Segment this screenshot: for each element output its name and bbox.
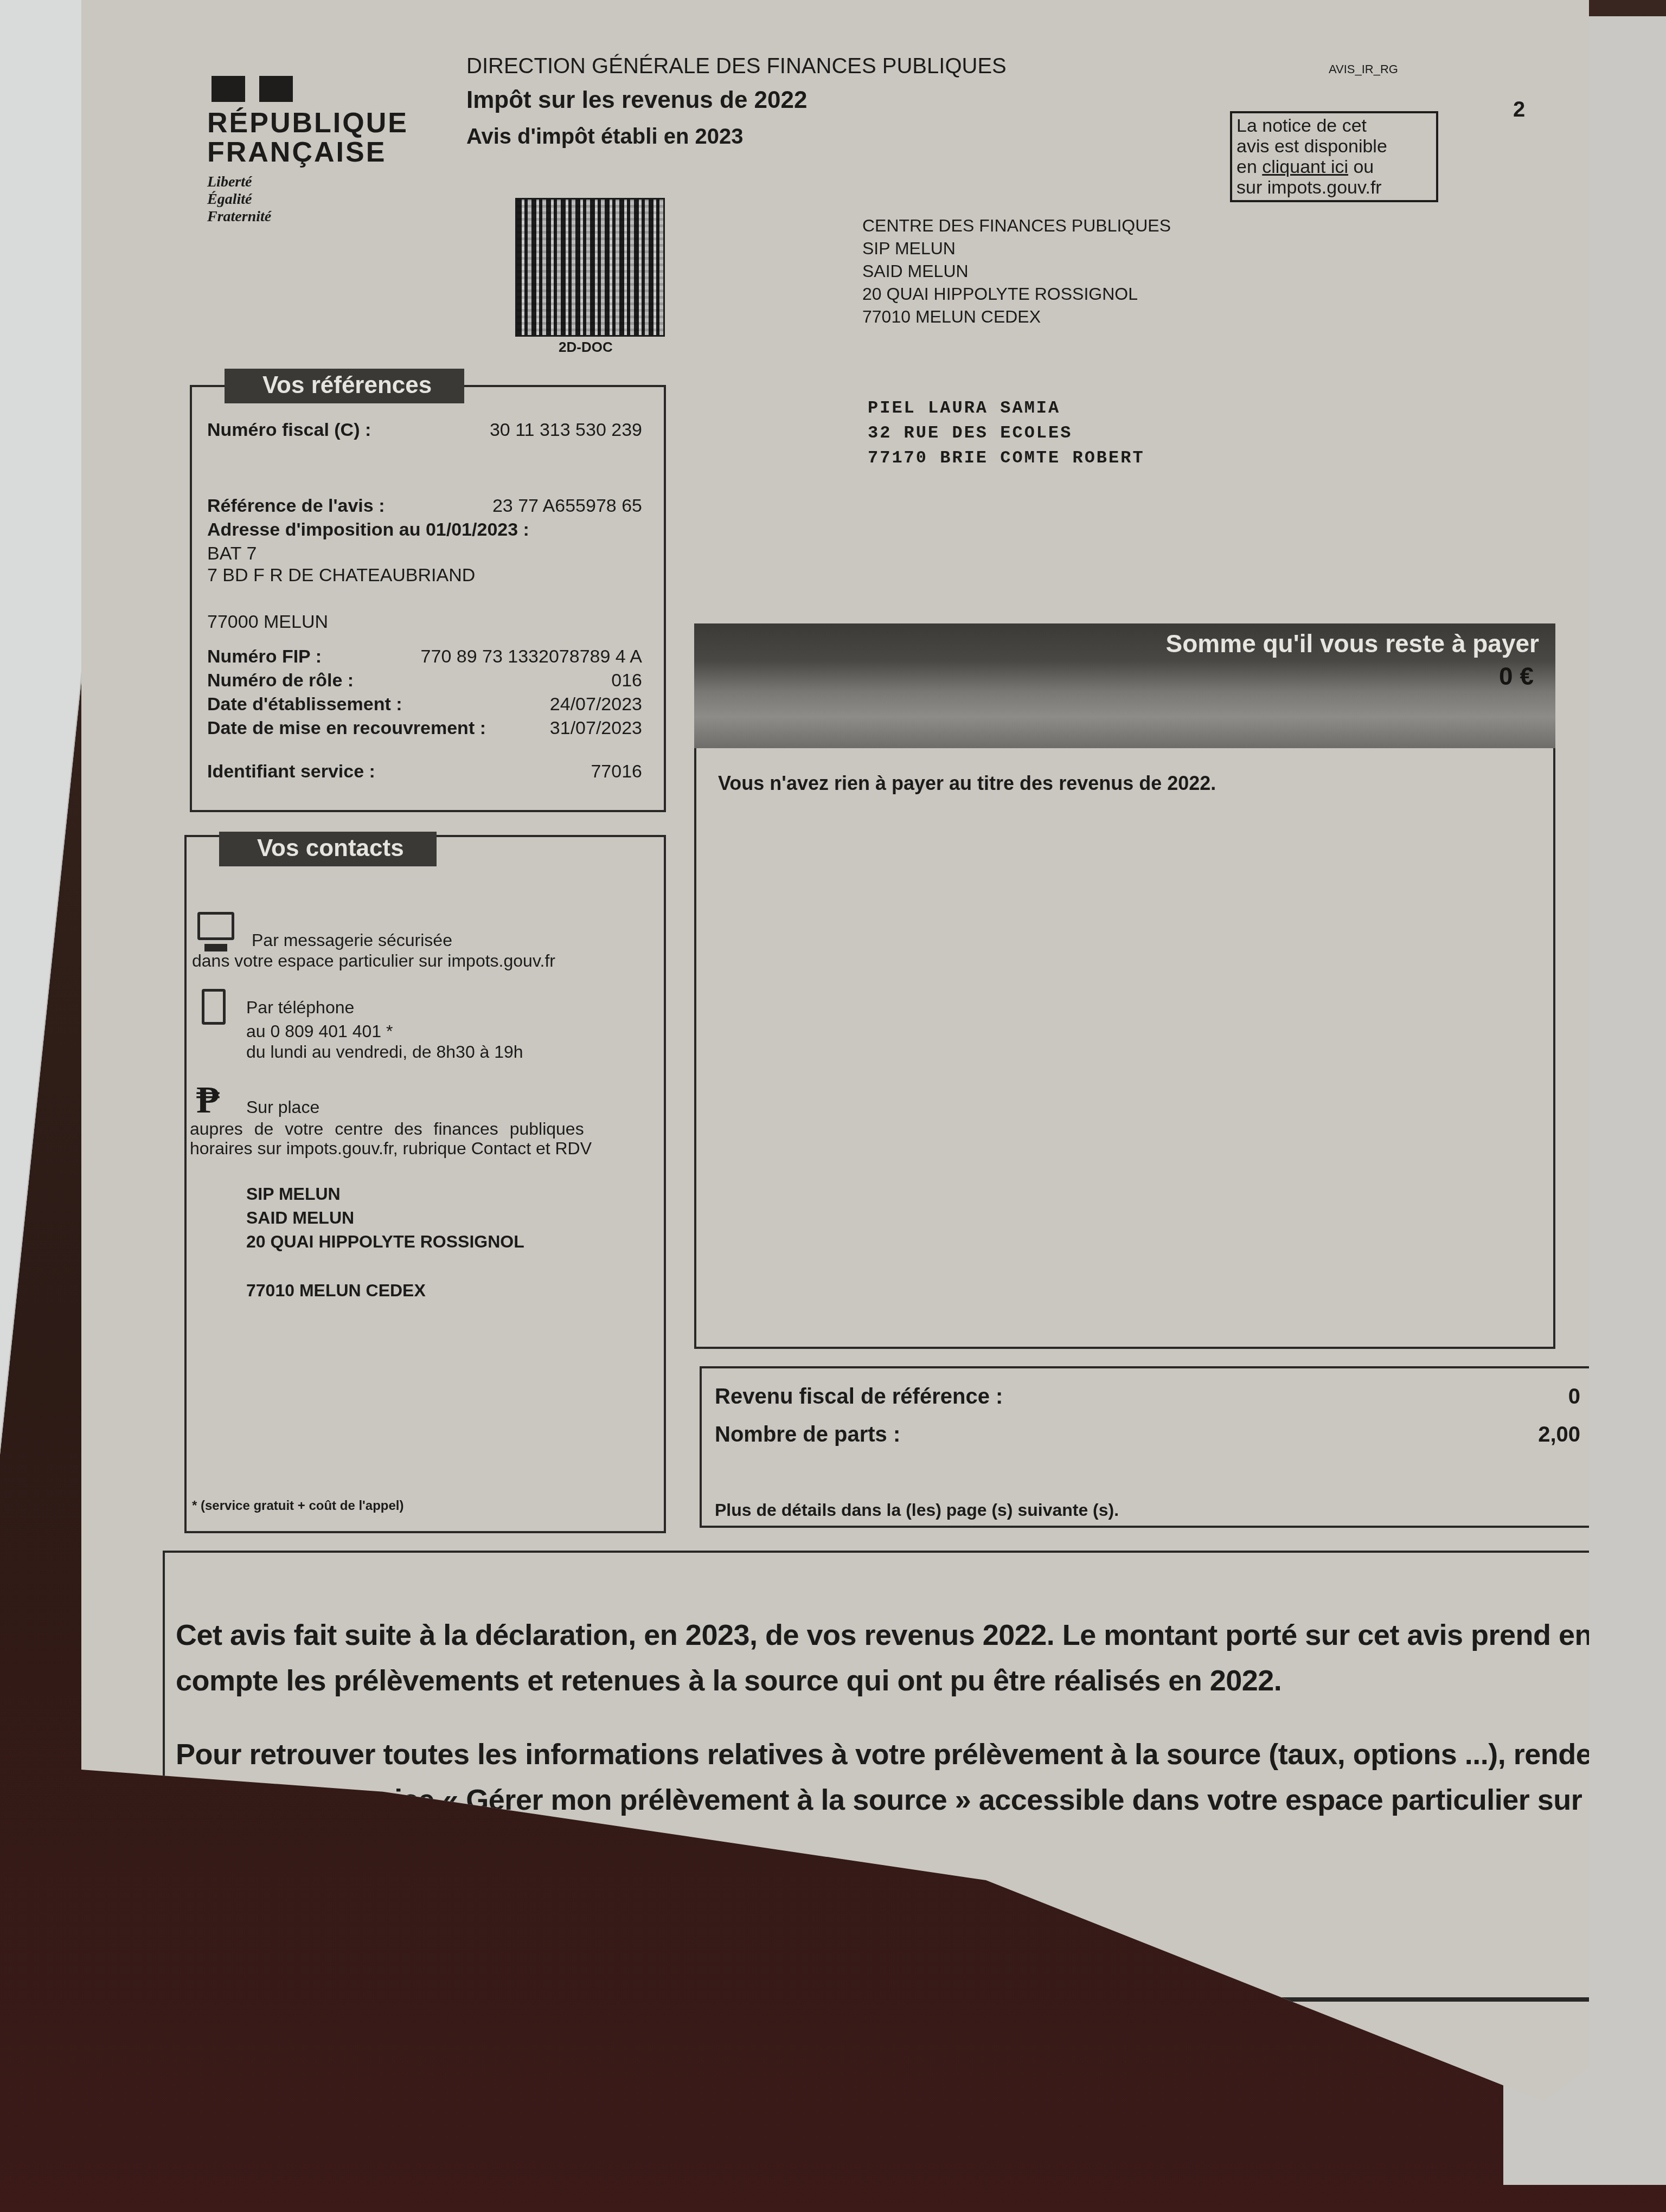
recipient-line: 32 RUE DES ECOLES: [868, 421, 1145, 446]
sender-line: 77010 MELUN CEDEX: [862, 305, 1171, 328]
field-label: Référence de l'avis :: [207, 496, 385, 517]
recipient-line: 77170 BRIE COMTE ROBERT: [868, 446, 1145, 471]
payment-title: Somme qu'il vous reste à payer: [1166, 629, 1539, 658]
motto-fraternite: Fraternité: [207, 208, 271, 226]
rfr-value: 0: [1568, 1385, 1580, 1409]
document-title: Impôt sur les revenus de 2022: [466, 87, 808, 114]
adresse-line: 77000 MELUN: [207, 612, 328, 633]
onsite-text-1: aupres de votre centre des finances publ…: [190, 1119, 584, 1139]
sender-address: CENTRE DES FINANCES PUBLIQUES SIP MELUN …: [862, 214, 1171, 328]
notice-link[interactable]: cliquant ici: [1262, 157, 1348, 177]
sender-line: SAID MELUN: [862, 260, 1171, 282]
field-label: Date d'établissement :: [207, 694, 402, 715]
info-paragraph-2: Pour retrouver toutes les informations r…: [176, 1732, 1640, 1868]
rfr-label: Revenu fiscal de référence :: [715, 1385, 1003, 1409]
motto-egalite: Égalité: [207, 191, 271, 208]
notice-text: en: [1236, 157, 1262, 177]
field-label: Numéro de rôle :: [207, 670, 354, 691]
notice-box: La notice de cet avis est disponible en …: [1230, 111, 1438, 202]
rfr-row: Revenu fiscal de référence : 0: [715, 1385, 1580, 1409]
phone-number[interactable]: au 0 809 401 401 *: [246, 1021, 393, 1041]
adresse-line: BAT 7: [207, 543, 257, 564]
logo-line-2: FRANÇAISE: [207, 138, 408, 167]
sender-line: SIP MELUN: [862, 237, 1171, 260]
contacts-panel: Vos contacts Par messagerie sécurisée da…: [184, 835, 666, 1533]
contacts-title: Vos contacts: [219, 832, 437, 866]
onsite-title: Sur place: [246, 1097, 319, 1117]
motto-liberte: Liberté: [207, 173, 271, 191]
references-panel: Vos références Numéro fiscal (C) : 30 11…: [190, 385, 666, 812]
payment-amount: 0 €: [1499, 661, 1534, 691]
details-note: Plus de détails dans la (les) page (s) s…: [715, 1500, 1119, 1520]
field-label: Date de mise en recouvrement :: [207, 718, 486, 739]
logo-line-1: RÉPUBLIQUE: [207, 108, 408, 138]
notice-line-3: en cliquant ici ou: [1236, 157, 1432, 177]
notice-line-2: avis est disponible: [1236, 136, 1432, 157]
office-line: SAID MELUN: [246, 1208, 354, 1228]
reference-avis-row: Référence de l'avis : 23 77 A655978 65: [207, 496, 642, 517]
adresse-line: 7 BD F R DE CHATEAUBRIAND: [207, 565, 475, 586]
monitor-icon: [197, 912, 234, 940]
payment-panel: Somme qu'il vous reste à payer 0 € Vous …: [694, 623, 1555, 1349]
date-recouvrement-value: 31/07/2023: [550, 718, 642, 739]
date-recouvrement-row: Date de mise en recouvrement : 31/07/202…: [207, 718, 642, 739]
office-line: SIP MELUN: [246, 1184, 341, 1204]
phone-hours: du lundi au vendredi, de 8h30 à 19h: [246, 1042, 523, 1062]
payment-header-band: Somme qu'il vous reste à payer 0 €: [694, 623, 1555, 748]
role-value: 016: [611, 670, 642, 691]
summary-panel: Revenu fiscal de référence : 0 Nombre de…: [700, 1366, 1615, 1528]
onsite-text-2: horaires sur impots.gouv.fr, rubrique Co…: [190, 1139, 592, 1159]
role-row: Numéro de rôle : 016: [207, 670, 642, 691]
notice-line-1: La notice de cet: [1236, 115, 1432, 136]
republique-francaise-logo: RÉPUBLIQUE FRANÇAISE: [207, 108, 408, 167]
field-label: Numéro fiscal (C) :: [207, 420, 371, 441]
office-line: 20 QUAI HIPPOLYTE ROSSIGNOL: [246, 1232, 524, 1252]
reference-avis-value: 23 77 A655978 65: [492, 496, 642, 517]
recipient-address: PIEL LAURA SAMIA 32 RUE DES ECOLES 77170…: [868, 396, 1145, 471]
numero-fiscal-value: 30 11 313 530 239: [490, 420, 642, 441]
phone-icon: [202, 989, 226, 1025]
notice-line-4: sur impots.gouv.fr: [1236, 177, 1432, 198]
sender-line: CENTRE DES FINANCES PUBLIQUES: [862, 214, 1171, 237]
office-line: 77010 MELUN CEDEX: [246, 1281, 426, 1301]
sender-line: 20 QUAI HIPPOLYTE ROSSIGNOL: [862, 282, 1171, 305]
fip-row: Numéro FIP : 770 89 73 1332078789 4 A: [207, 646, 642, 667]
numero-fiscal-row: Numéro fiscal (C) : 30 11 313 530 239: [207, 420, 642, 441]
building-icon: ₱: [196, 1084, 220, 1117]
parts-row: Nombre de parts : 2,00: [715, 1423, 1580, 1447]
barcode-label: 2D-DOC: [559, 339, 613, 356]
recipient-line: PIEL LAURA SAMIA: [868, 396, 1145, 421]
notice-text: ou: [1348, 157, 1374, 177]
tax-notice-page: RÉPUBLIQUE FRANÇAISE Liberté Égalité Fra…: [81, 0, 1589, 2212]
parts-label: Nombre de parts :: [715, 1423, 900, 1447]
date-etablissement-value: 24/07/2023: [550, 694, 642, 715]
messaging-title: Par messagerie sécurisée: [252, 930, 452, 950]
date-etablissement-row: Date d'établissement : 24/07/2023: [207, 694, 642, 715]
identifiant-service-value: 77016: [591, 761, 642, 782]
information-block: Cet avis fait suite à la déclaration, en…: [163, 1551, 1640, 2002]
references-title: Vos références: [225, 369, 464, 403]
field-label: Identifiant service :: [207, 761, 375, 782]
adresse-label: Adresse d'imposition au 01/01/2023 :: [207, 519, 529, 541]
phone-title: Par téléphone: [246, 998, 354, 1018]
document-subtitle: Avis d'impôt établi en 2023: [466, 125, 743, 149]
motto: Liberté Égalité Fraternité: [207, 173, 271, 226]
marianne-logo-icon: [212, 76, 293, 103]
direction-name: DIRECTION GÉNÉRALE DES FINANCES PUBLIQUE…: [466, 54, 1007, 79]
identifiant-service-row: Identifiant service : 77016: [207, 761, 642, 782]
page-edge-digit: 2: [1513, 98, 1525, 122]
form-code: AVIS_IR_RG: [1329, 62, 1398, 76]
payment-message: Vous n'avez rien à payer au titre des re…: [718, 772, 1216, 795]
2d-doc-barcode-icon: [515, 198, 665, 337]
fip-value: 770 89 73 1332078789 4 A: [421, 646, 642, 667]
messaging-text: dans votre espace particulier sur impots…: [192, 951, 555, 971]
parts-value: 2,00: [1538, 1423, 1580, 1447]
info-paragraph-1: Cet avis fait suite à la déclaration, en…: [176, 1612, 1640, 1703]
footnote: * (service gratuit + coût de l'appel): [192, 1499, 403, 1514]
field-label: Numéro FIP :: [207, 646, 322, 667]
